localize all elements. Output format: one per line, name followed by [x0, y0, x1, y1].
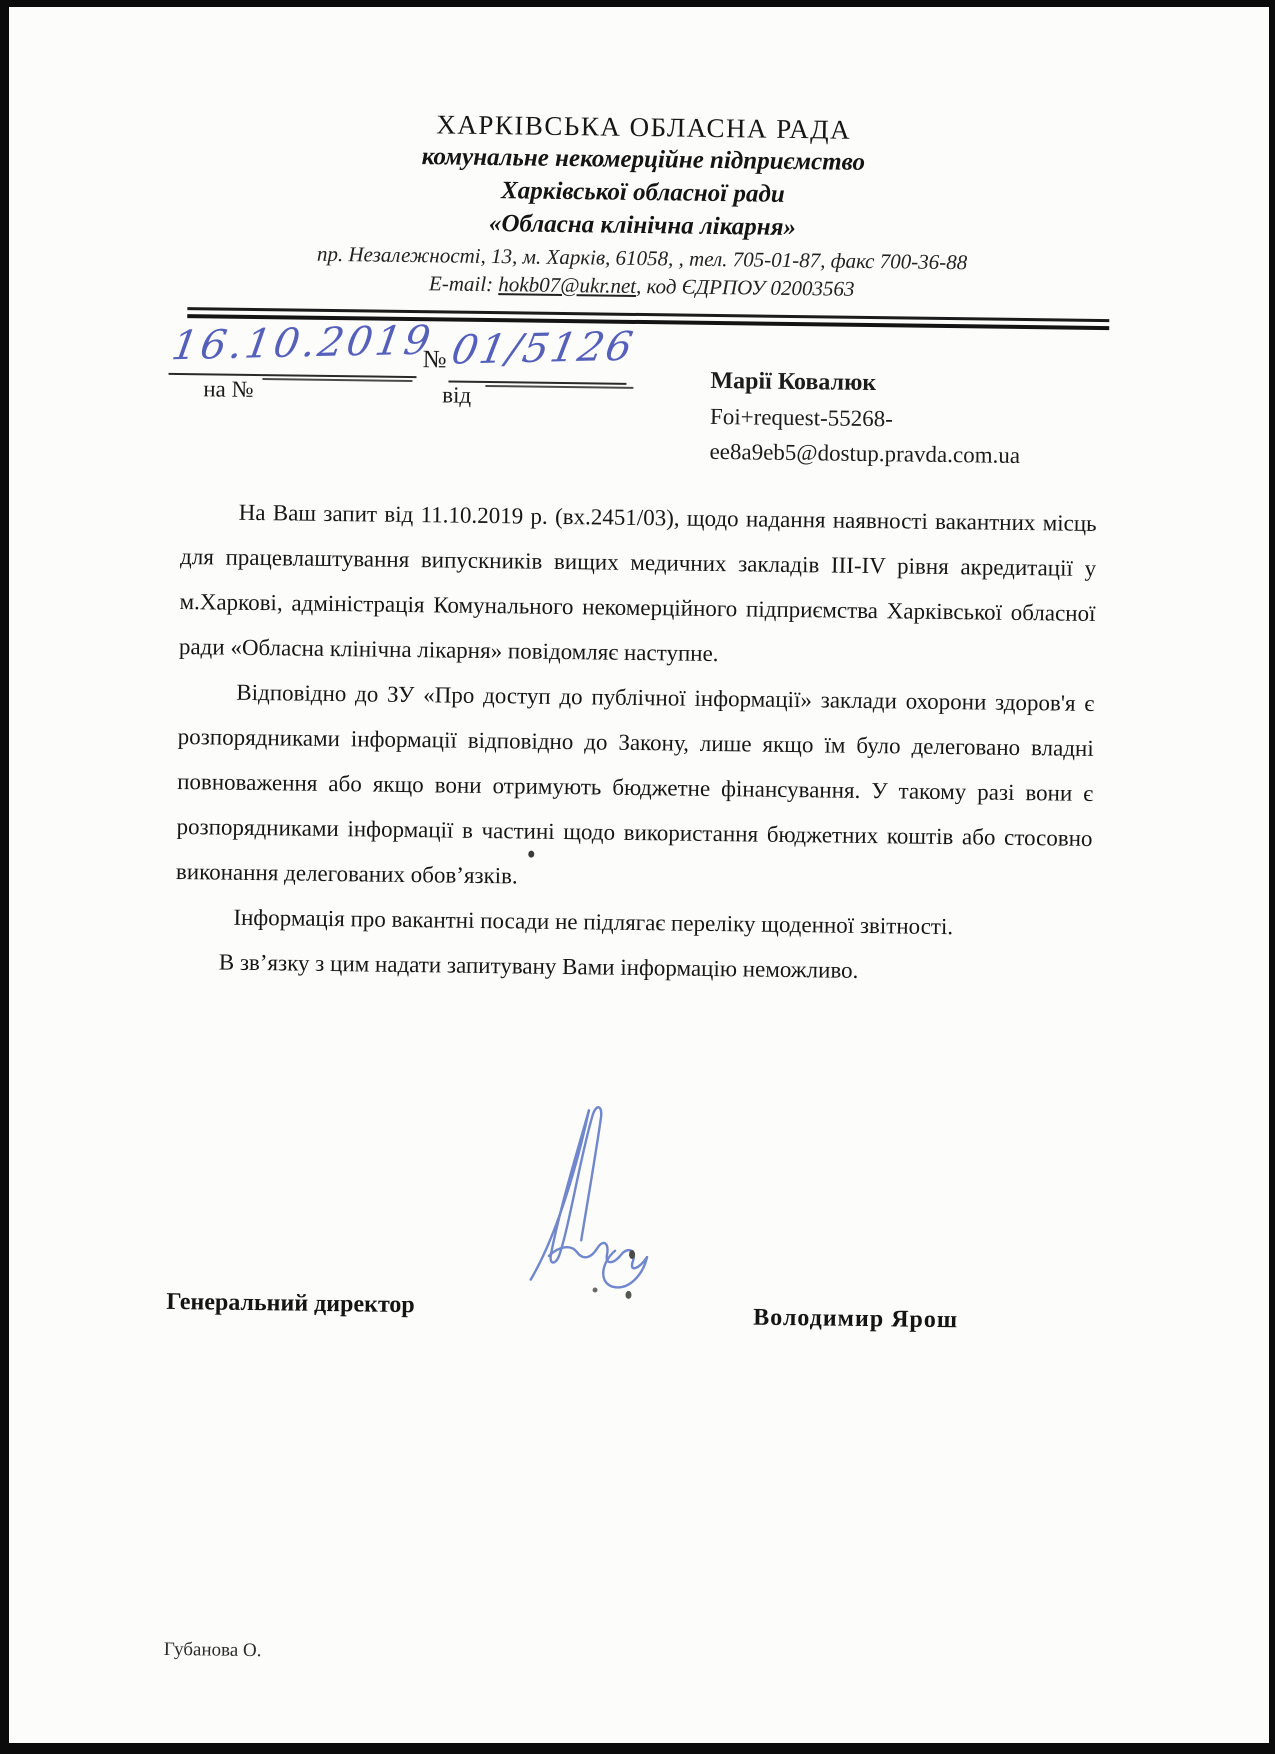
reply-to-number-blank: [262, 378, 412, 382]
handwritten-date: 16.10.2019: [169, 318, 428, 369]
email-address: hokb07@ukr.net: [498, 272, 636, 298]
recipient-email-line-1: Foi+request-55268-: [710, 399, 1130, 439]
number-sign: №: [423, 346, 447, 374]
document-page: ХАРКІВСЬКА ОБЛАСНА РАДА комунальне неком…: [9, 7, 1269, 1743]
scanned-letter-screenshot: { "header": { "org_name": "ХАРКІВСЬКА ОБ…: [0, 0, 1275, 1754]
paragraph-response-intro: На Ваш запит від 11.10.2019 р. (вх.2451/…: [179, 489, 1097, 681]
letterhead: ХАРКІВСЬКА ОБЛАСНА РАДА комунальне неком…: [12, 104, 1269, 307]
handwritten-signature: [496, 1097, 709, 1300]
recipient-name: Марії Ковалюк: [710, 364, 1130, 404]
email-label: E-mail:: [429, 271, 499, 296]
paragraph-law-explanation: Відповідно до ЗУ «Про доступ до публічно…: [176, 669, 1095, 906]
reply-to-number-label: на №: [203, 376, 254, 403]
handwritten-outgoing-number: 01/5126: [448, 324, 638, 374]
from-date-label: від: [442, 382, 471, 408]
recipient-block: Марії Ковалюк Foi+request-55268- ee8a9eb…: [709, 364, 1130, 474]
number-underline: [448, 380, 626, 384]
recipient-email-line-2: ee8a9eb5@dostup.pravda.com.ua: [709, 434, 1129, 474]
executor-name: Губанова О.: [164, 1639, 262, 1662]
edrpou-code: , код ЄДРПОУ 02003563: [636, 274, 855, 301]
scan-speck: [528, 851, 534, 858]
scan-speck: [593, 1287, 598, 1292]
letter-body: На Ваш запит від 11.10.2019 р. (вх.2451/…: [175, 489, 1097, 996]
signer-name: Володимир Ярош: [753, 1305, 958, 1335]
signer-position: Генеральний директор: [166, 1289, 415, 1319]
sheet-content: ХАРКІВСЬКА ОБЛАСНА РАДА комунальне неком…: [9, 7, 1269, 1743]
from-date-blank: [485, 385, 633, 389]
